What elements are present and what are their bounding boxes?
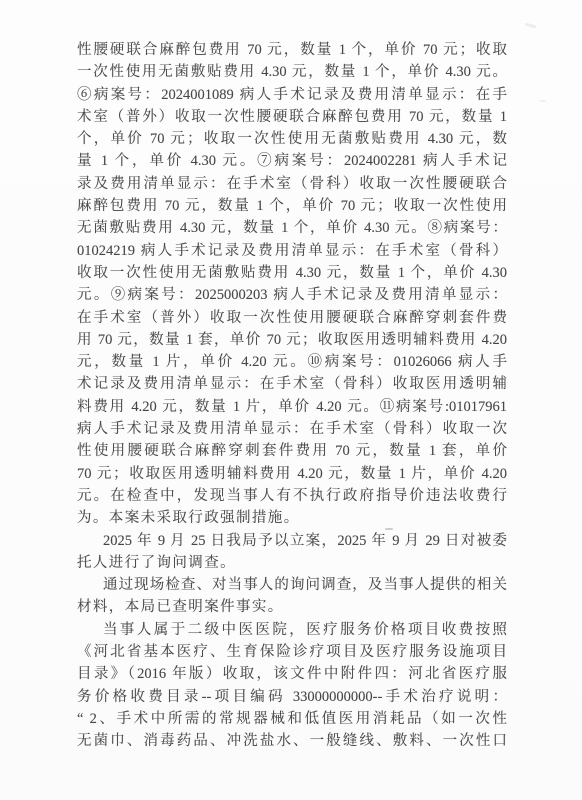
text-line: 目录》（2016 年版）收取，该文件中附件四：河北省医疗服 [77, 663, 507, 685]
scan-artifact [540, 100, 546, 102]
text-line: 病人手术记录及费用清单显示：在手术室（骨科）收取一次 [77, 418, 507, 440]
scan-artifact [525, 23, 536, 29]
text-line: 料费用 4.20 元，数量 1 片，单价 4.20 元。⑪病案号:0101796… [77, 396, 507, 418]
text-line: 元。⑨病案号：2025000203 病人手术记录及费用清单显示： [77, 284, 507, 306]
text-line: 在手术室（普外）收取一次性使用腰硬联合麻醉穿刺套件费 [77, 307, 507, 329]
scan-artifact [385, 528, 393, 530]
text-line: 为。本案未采取行政强制措施。 [77, 507, 507, 529]
text-line: 术记录及费用清单显示：在手术室（骨科）收取医用透明辅 [77, 373, 507, 395]
text-line: 当事人属于二级中医医院，医疗服务价格项目收费按照 [77, 619, 507, 641]
text-line: 量 1 个，单价 4.30 元。⑦病案号：2024002281 病人手术记 [77, 150, 507, 172]
text-line: 录及费用清单显示：在手术室（骨科）收取一次性腰硬联合 [77, 173, 507, 195]
text-line: 《河北省基本医疗、生育保险诊疗项目及医疗服务设施项目 [77, 641, 507, 663]
text-line: “ 2、手术中所需的常规器械和低值医用消耗品（如一次性 [77, 708, 507, 730]
document-body: 性腰硬联合麻醉包费用 70 元，数量 1 个，单价 70 元；收取一次性使用无菌… [77, 39, 507, 753]
text-line: 收取一次性使用无菌敷贴费用 4.30 元，数量 1 个，单价 4.30 [77, 262, 507, 284]
text-line: ⑥病案号：2024001089 病人手术记录及费用清单显示：在手 [77, 84, 507, 106]
text-line: 务价格收费目录--项目编码 33000000000--手术治疗说明： [77, 686, 507, 708]
text-line: 托人进行了询问调查。 [77, 552, 507, 574]
text-line: 一次性使用无菌敷贴费用 4.30 元，数量 1 个，单价 4.30 元。 [77, 61, 507, 83]
text-line: 元，数量 1 片，单价 4.20 元。⑩病案号：01026066 病人手 [77, 351, 507, 373]
text-line: 个，单价 70 元；收取一次性使用无菌敷贴费用 4.30 元，数 [77, 128, 507, 150]
text-line: 性腰硬联合麻醉包费用 70 元，数量 1 个，单价 70 元；收取 [77, 39, 507, 61]
text-line: 麻醉包费用 70 元，数量 1 个，单价 70 元；收取一次性使用 [77, 195, 507, 217]
document-page: 性腰硬联合麻醉包费用 70 元，数量 1 个，单价 70 元；收取一次性使用无菌… [0, 0, 582, 800]
text-line: 无菌巾、消毒药品、冲洗盐水、一般缝线、敷料、一次性口 [77, 730, 507, 752]
text-line: 70 元；收取医用透明辅料费用 4.20 元，数量 1 片，单价 4.20 [77, 463, 507, 485]
text-line: 元。在检查中，发现当事人有不执行政府指导价违法收费行 [77, 485, 507, 507]
text-line: 性使用腰硬联合麻醉穿刺套件费用 70 元，数量 1 套，单价 [77, 440, 507, 462]
text-line: 术室（普外）收取一次性腰硬联合麻醉包费用 70 元，数量 1 [77, 106, 507, 128]
text-line: 2025 年 9 月 25 日我局予以立案，2025 年 9 月 29 日对被委 [77, 530, 507, 552]
text-line: 无菌敷贴费用 4.30 元，数量 1 个，单价 4.30 元。⑧病案号： [77, 217, 507, 239]
text-line: 材料，本局已查明案件事实。 [77, 596, 507, 618]
text-line: 用 70 元，数量 1 套，单价 70 元；收取医用透明辅料费用 4.20 [77, 329, 507, 351]
text-line: 通过现场检查、对当事人的询问调查，及当事人提供的相关 [77, 574, 507, 596]
text-line: 01024219 病人手术记录及费用清单显示：在手术室（骨科） [77, 240, 507, 262]
